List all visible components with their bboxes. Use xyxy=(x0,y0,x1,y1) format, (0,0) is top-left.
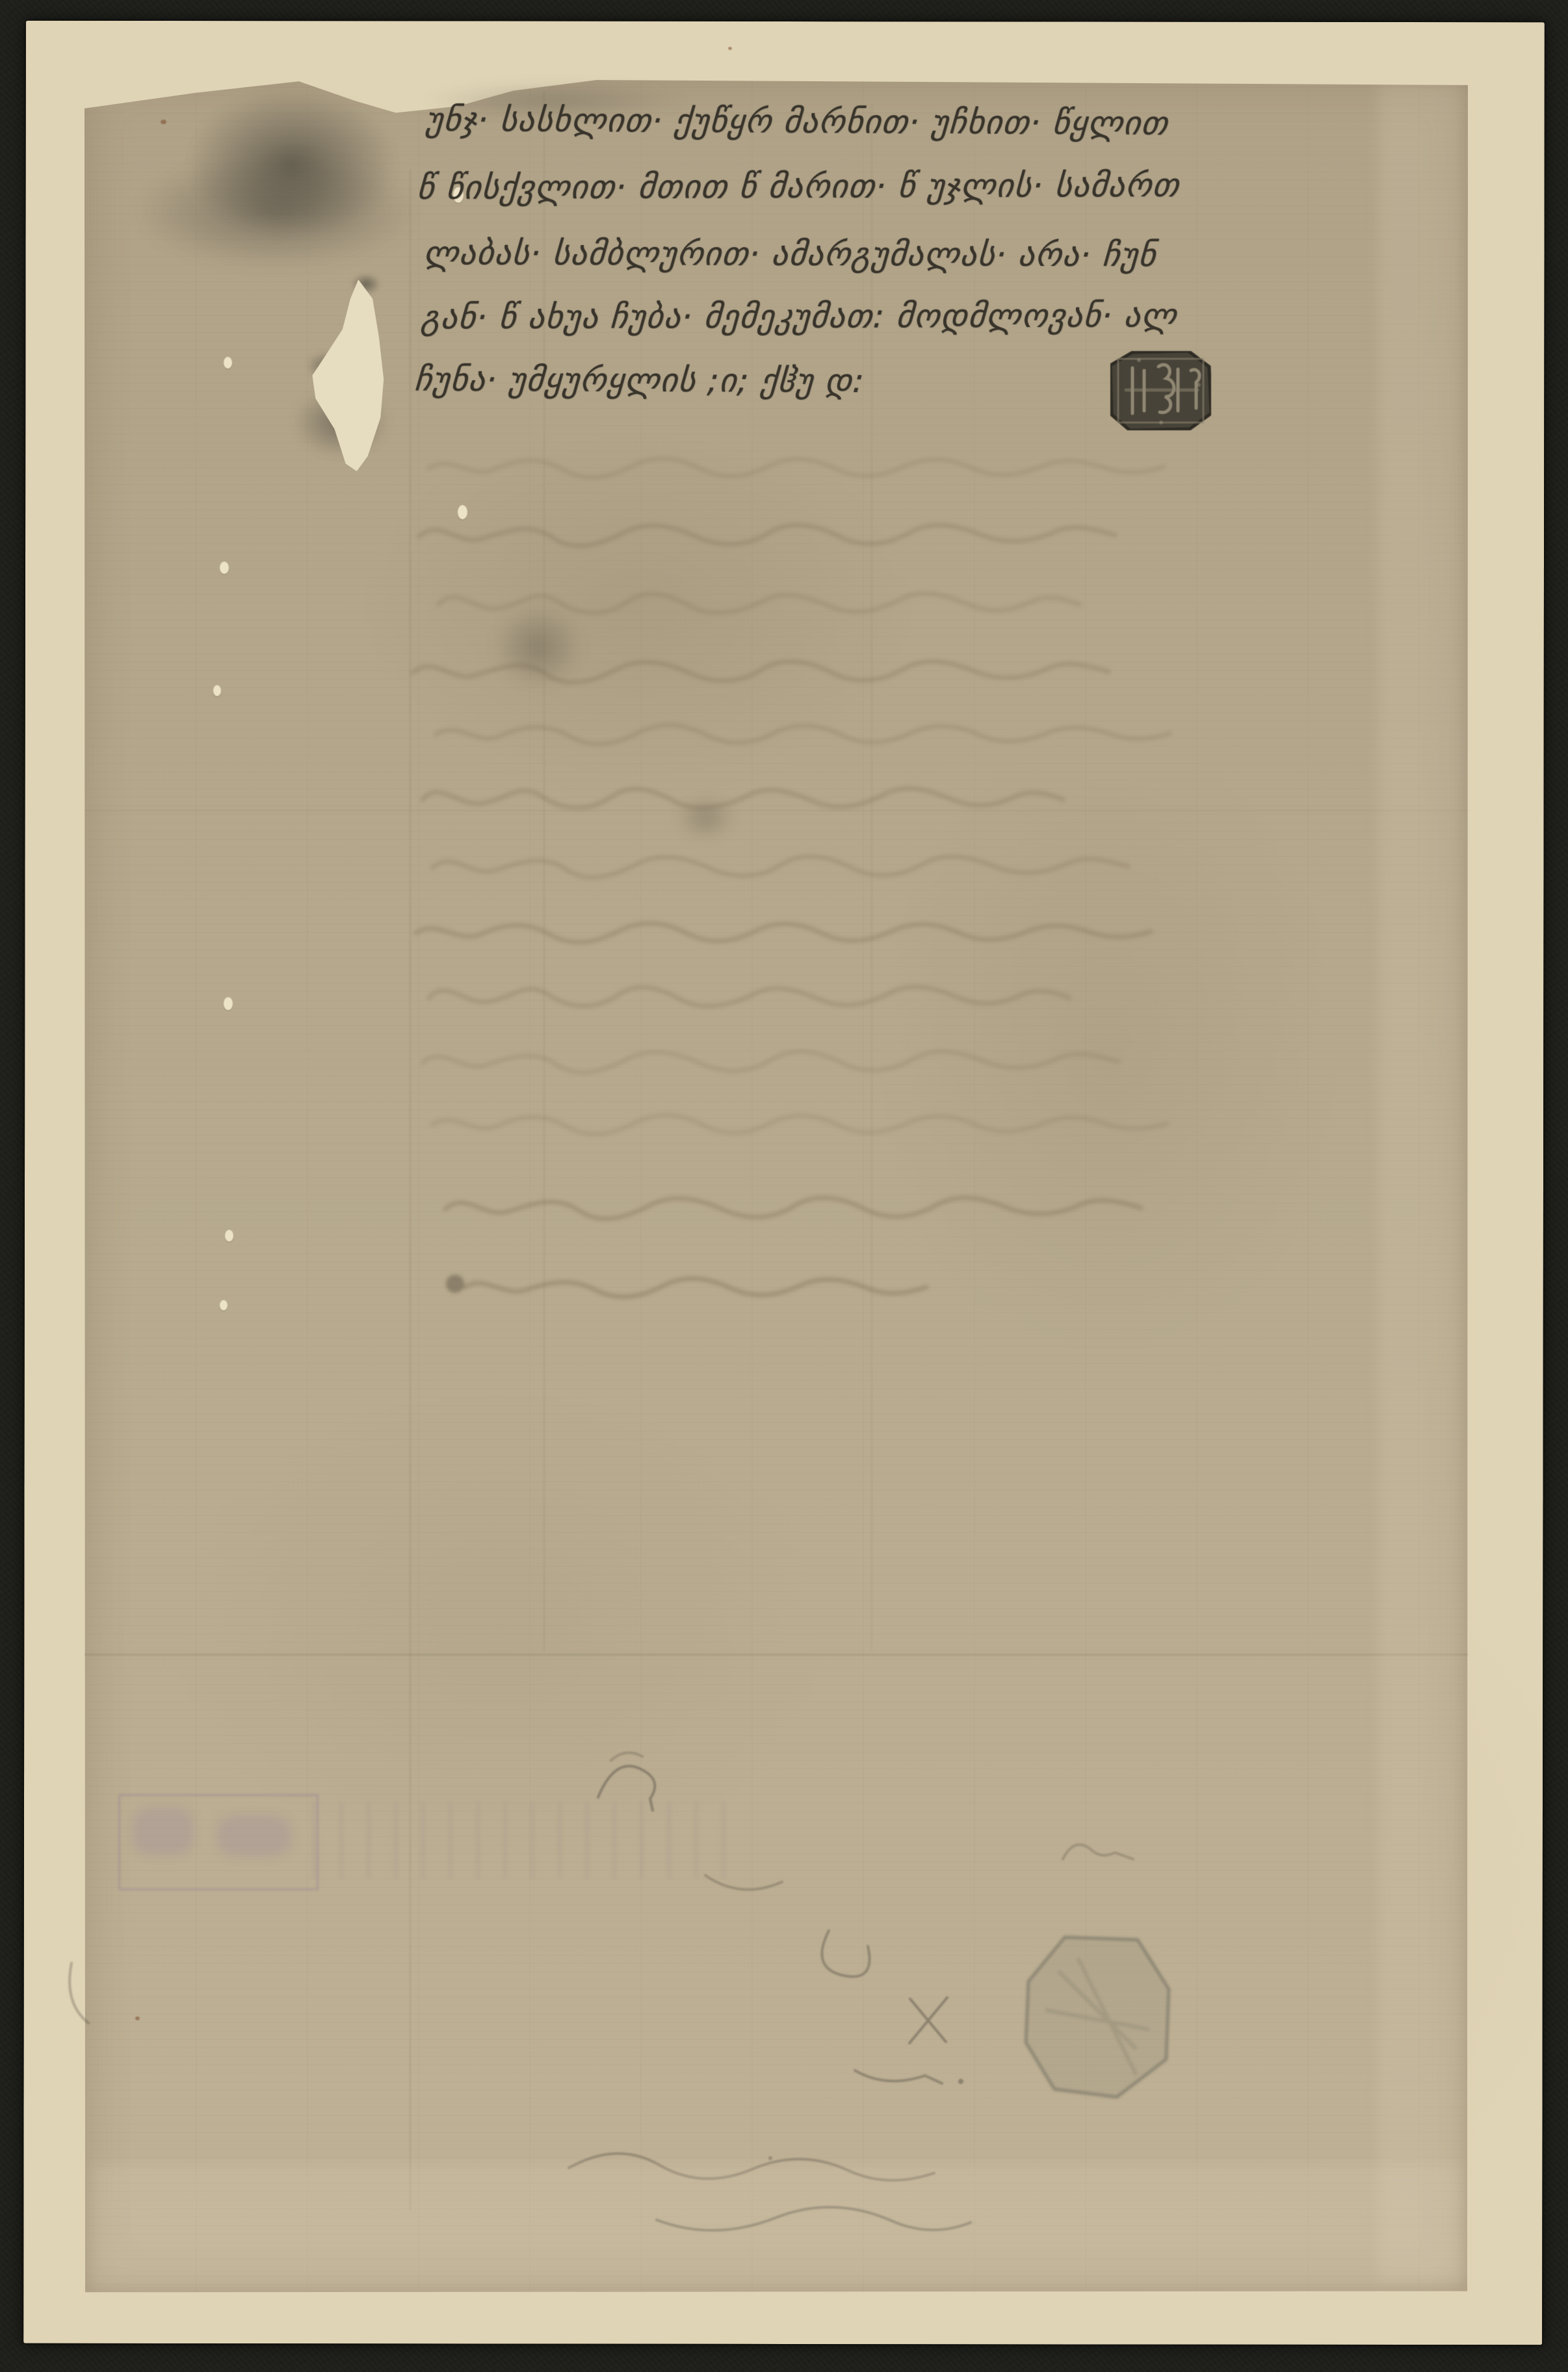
worm-hole xyxy=(224,357,232,369)
ink-seal-stamp xyxy=(1110,351,1211,430)
handwriting-line-4: გან· წ ახუა ჩუბა· მემეკუმათ: მოდმლოვან· … xyxy=(420,296,1179,336)
handwriting-line-1: უნჯ· სასხლით· ქუწყრ მარნით· უჩხით· წყლით xyxy=(425,101,1170,142)
handwriting-line-3: ლაბას· სამბლურით· ამარგუმალას· არა· ჩუნ xyxy=(423,235,1158,274)
seal-monogram-icon xyxy=(1110,351,1211,430)
violet-stamp-blot xyxy=(133,1808,193,1855)
violet-stamp-streaks xyxy=(312,1802,728,1879)
foxing-speck xyxy=(728,47,732,50)
ghost-stamp-impression xyxy=(1019,1932,1174,2102)
worm-hole xyxy=(224,997,233,1010)
worm-hole xyxy=(213,685,221,696)
worm-hole xyxy=(225,1230,233,1242)
foxing-speck xyxy=(135,2016,140,2020)
violet-stamp-blot xyxy=(218,1816,291,1856)
faded-bleedthrough-text xyxy=(410,449,1287,1378)
handwriting-line-5: ჩუნა· უმყურყლის ;ი; ქჱუ დ: xyxy=(413,361,866,400)
handwriting-line-2: წ წისქვლით· მთით წ მარით· წ უჯლის· სამარ… xyxy=(416,166,1181,207)
worm-hole xyxy=(220,562,229,574)
worm-hole xyxy=(220,1300,228,1310)
foxing-speck xyxy=(161,120,166,124)
scan-background: უნჯ· სასხლით· ქუწყრ მარნით· უჩხით· წყლით… xyxy=(0,0,1568,2372)
violet-stamp-impression xyxy=(118,1794,319,1890)
